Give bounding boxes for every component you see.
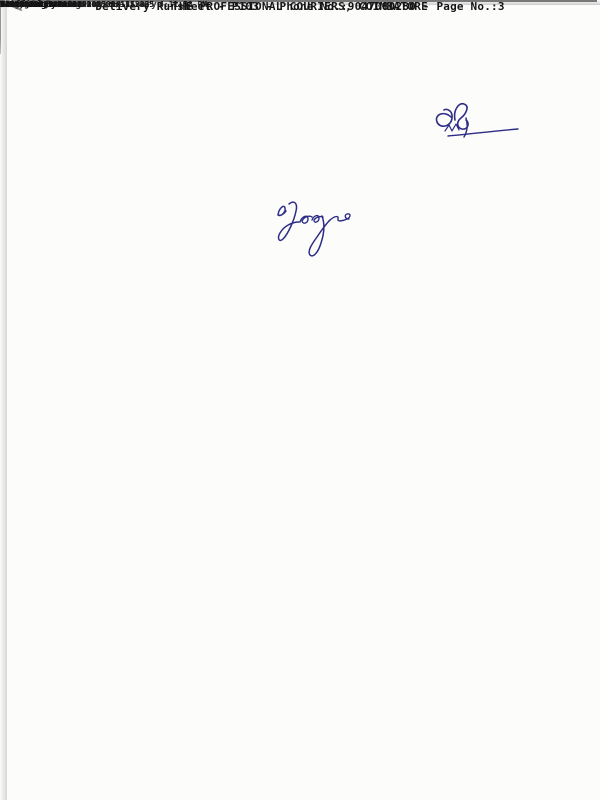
scan-edge-shadow-right	[0, 0, 7, 800]
staff-signature	[272, 198, 354, 262]
delivery-runsheet-document: THE PROFESSIONAL COURIERS, COIMBATORE De…	[0, 0, 600, 800]
consignee-signature	[430, 100, 522, 142]
staff-signature-label: Staff Signature	[0, 0, 77, 10]
